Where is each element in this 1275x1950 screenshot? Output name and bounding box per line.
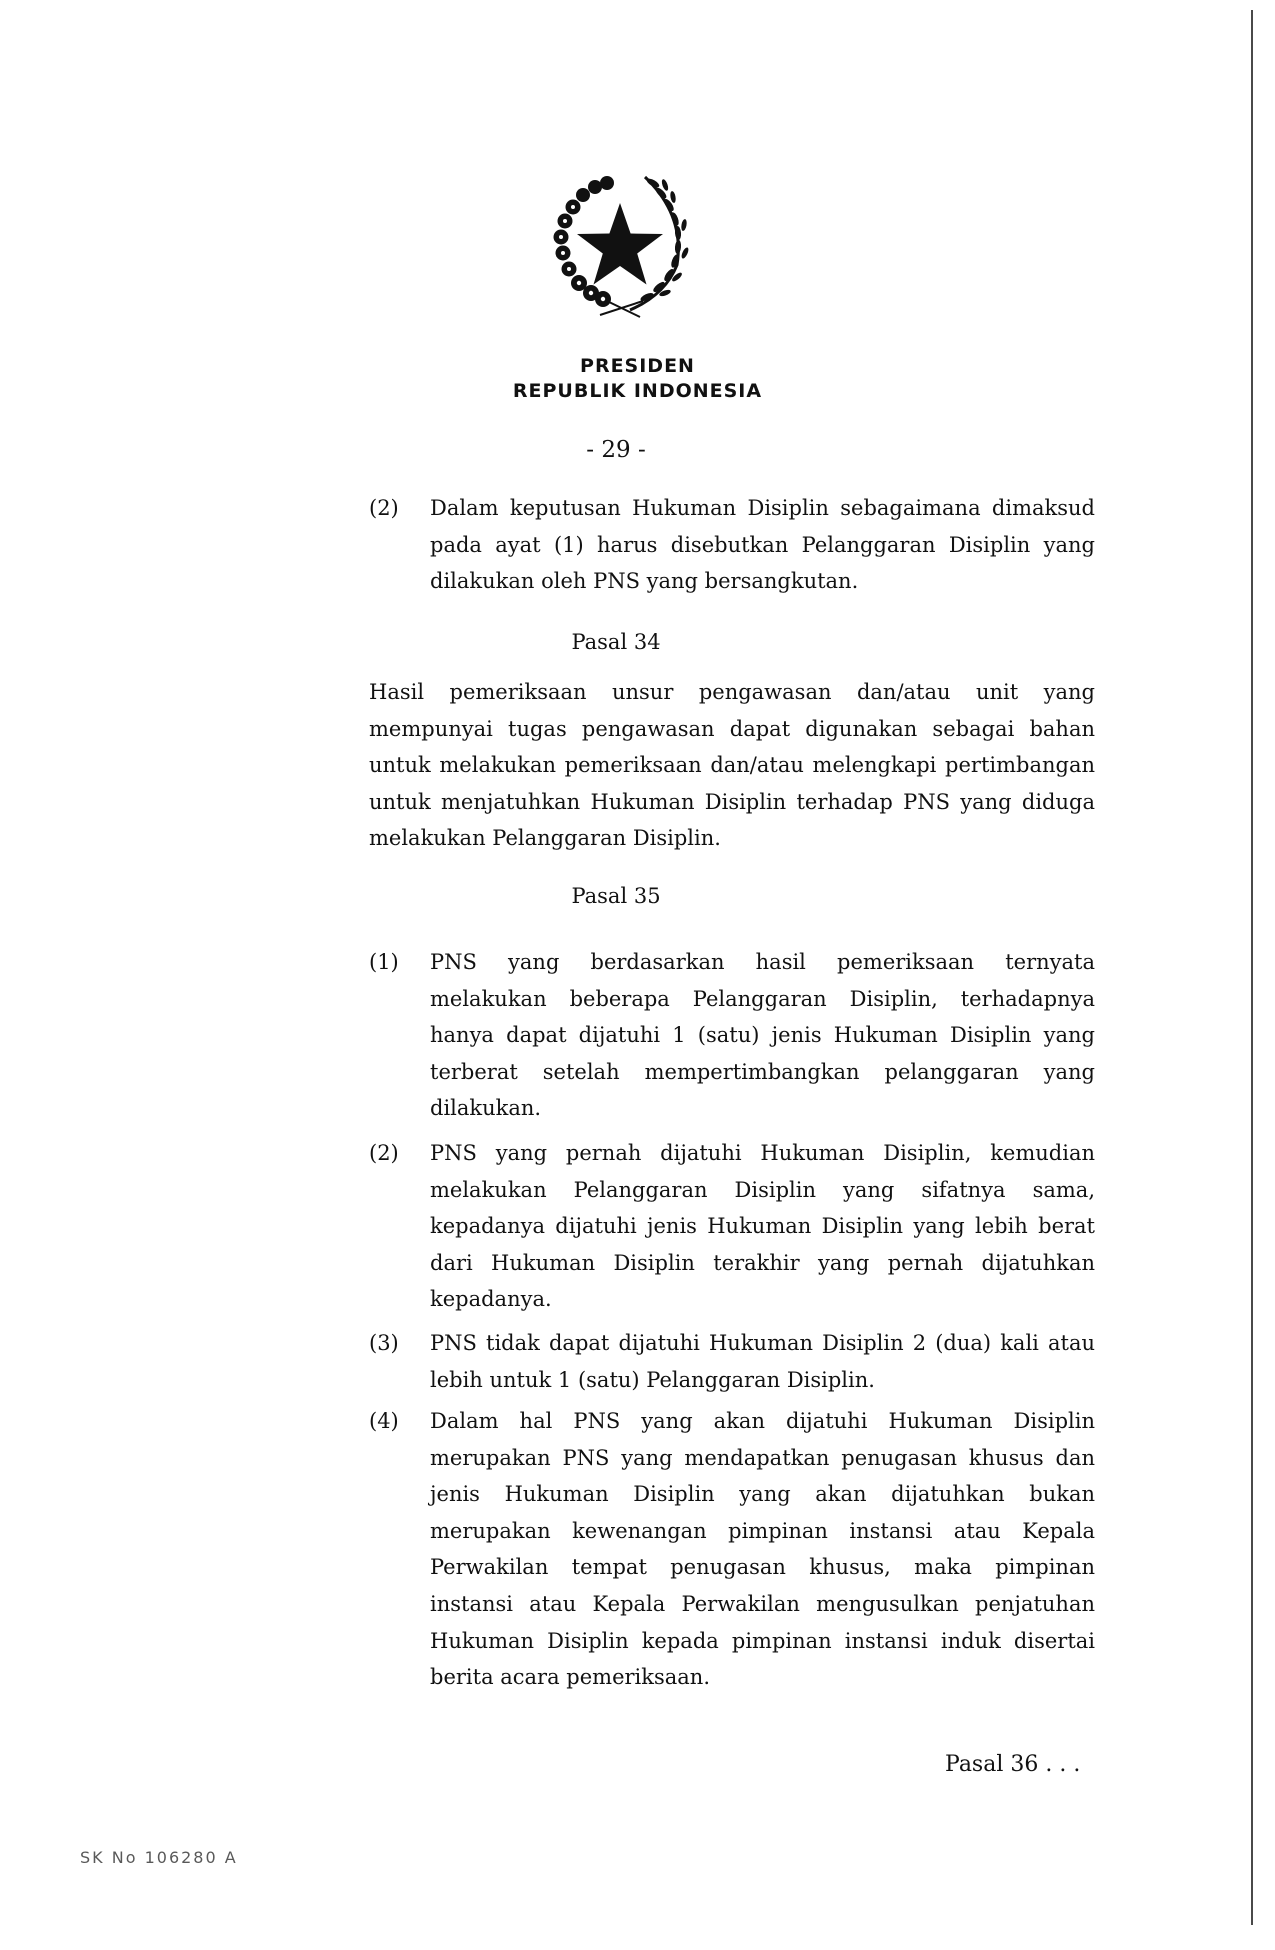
item-text: Dalam hal PNS yang akan dijatuhi Hukuman… xyxy=(430,1403,1095,1696)
article-title-pasal-34: Pasal 34 xyxy=(0,630,1232,654)
pasal-35-item-3: (3) PNS tidak dapat dijatuhi Hukuman Dis… xyxy=(369,1325,1095,1400)
item-number: (2) xyxy=(369,1135,419,1172)
footer-document-code: SK No 106280 A xyxy=(80,1848,238,1867)
pasal-35-item-1: (1) PNS yang berdasarkan hasil pemeriksa… xyxy=(369,944,1095,1129)
pasal-35-item-2: (2) PNS yang pernah dijatuhi Hukuman Dis… xyxy=(369,1135,1095,1320)
item-number: (2) xyxy=(369,490,419,527)
item-text: PNS yang pernah dijatuhi Hukuman Disipli… xyxy=(430,1135,1095,1318)
presidential-star-emblem-icon xyxy=(545,165,695,330)
article-title-pasal-35: Pasal 35 xyxy=(0,884,1232,908)
continued-item: (2) Dalam keputusan Hukuman Disiplin seb… xyxy=(369,490,1095,602)
pasal-34-paragraph: Hasil pemeriksaan unsur pengawasan dan/a… xyxy=(369,674,1095,857)
item-text: PNS yang berdasarkan hasil pemeriksaan t… xyxy=(430,944,1095,1127)
page-number: - 29 - xyxy=(0,437,1232,463)
item-number: (4) xyxy=(369,1403,419,1440)
item-text: PNS tidak dapat dijatuhi Hukuman Disipli… xyxy=(430,1325,1095,1398)
pasal-35-item-4: (4) Dalam hal PNS yang akan dijatuhi Huk… xyxy=(369,1403,1095,1703)
document-page: PRESIDEN REPUBLIK INDONESIA - 29 - (2) D… xyxy=(0,0,1275,1950)
item-text: Dalam keputusan Hukuman Disiplin sebagai… xyxy=(430,490,1095,600)
scan-edge-rule xyxy=(1251,10,1253,1925)
item-number: (3) xyxy=(369,1325,419,1362)
next-article-reference: Pasal 36 . . . xyxy=(945,1752,1080,1777)
item-number: (1) xyxy=(369,944,419,981)
header-republik-indonesia: REPUBLIK INDONESIA xyxy=(0,380,1275,402)
header-presiden: PRESIDEN xyxy=(0,355,1275,377)
